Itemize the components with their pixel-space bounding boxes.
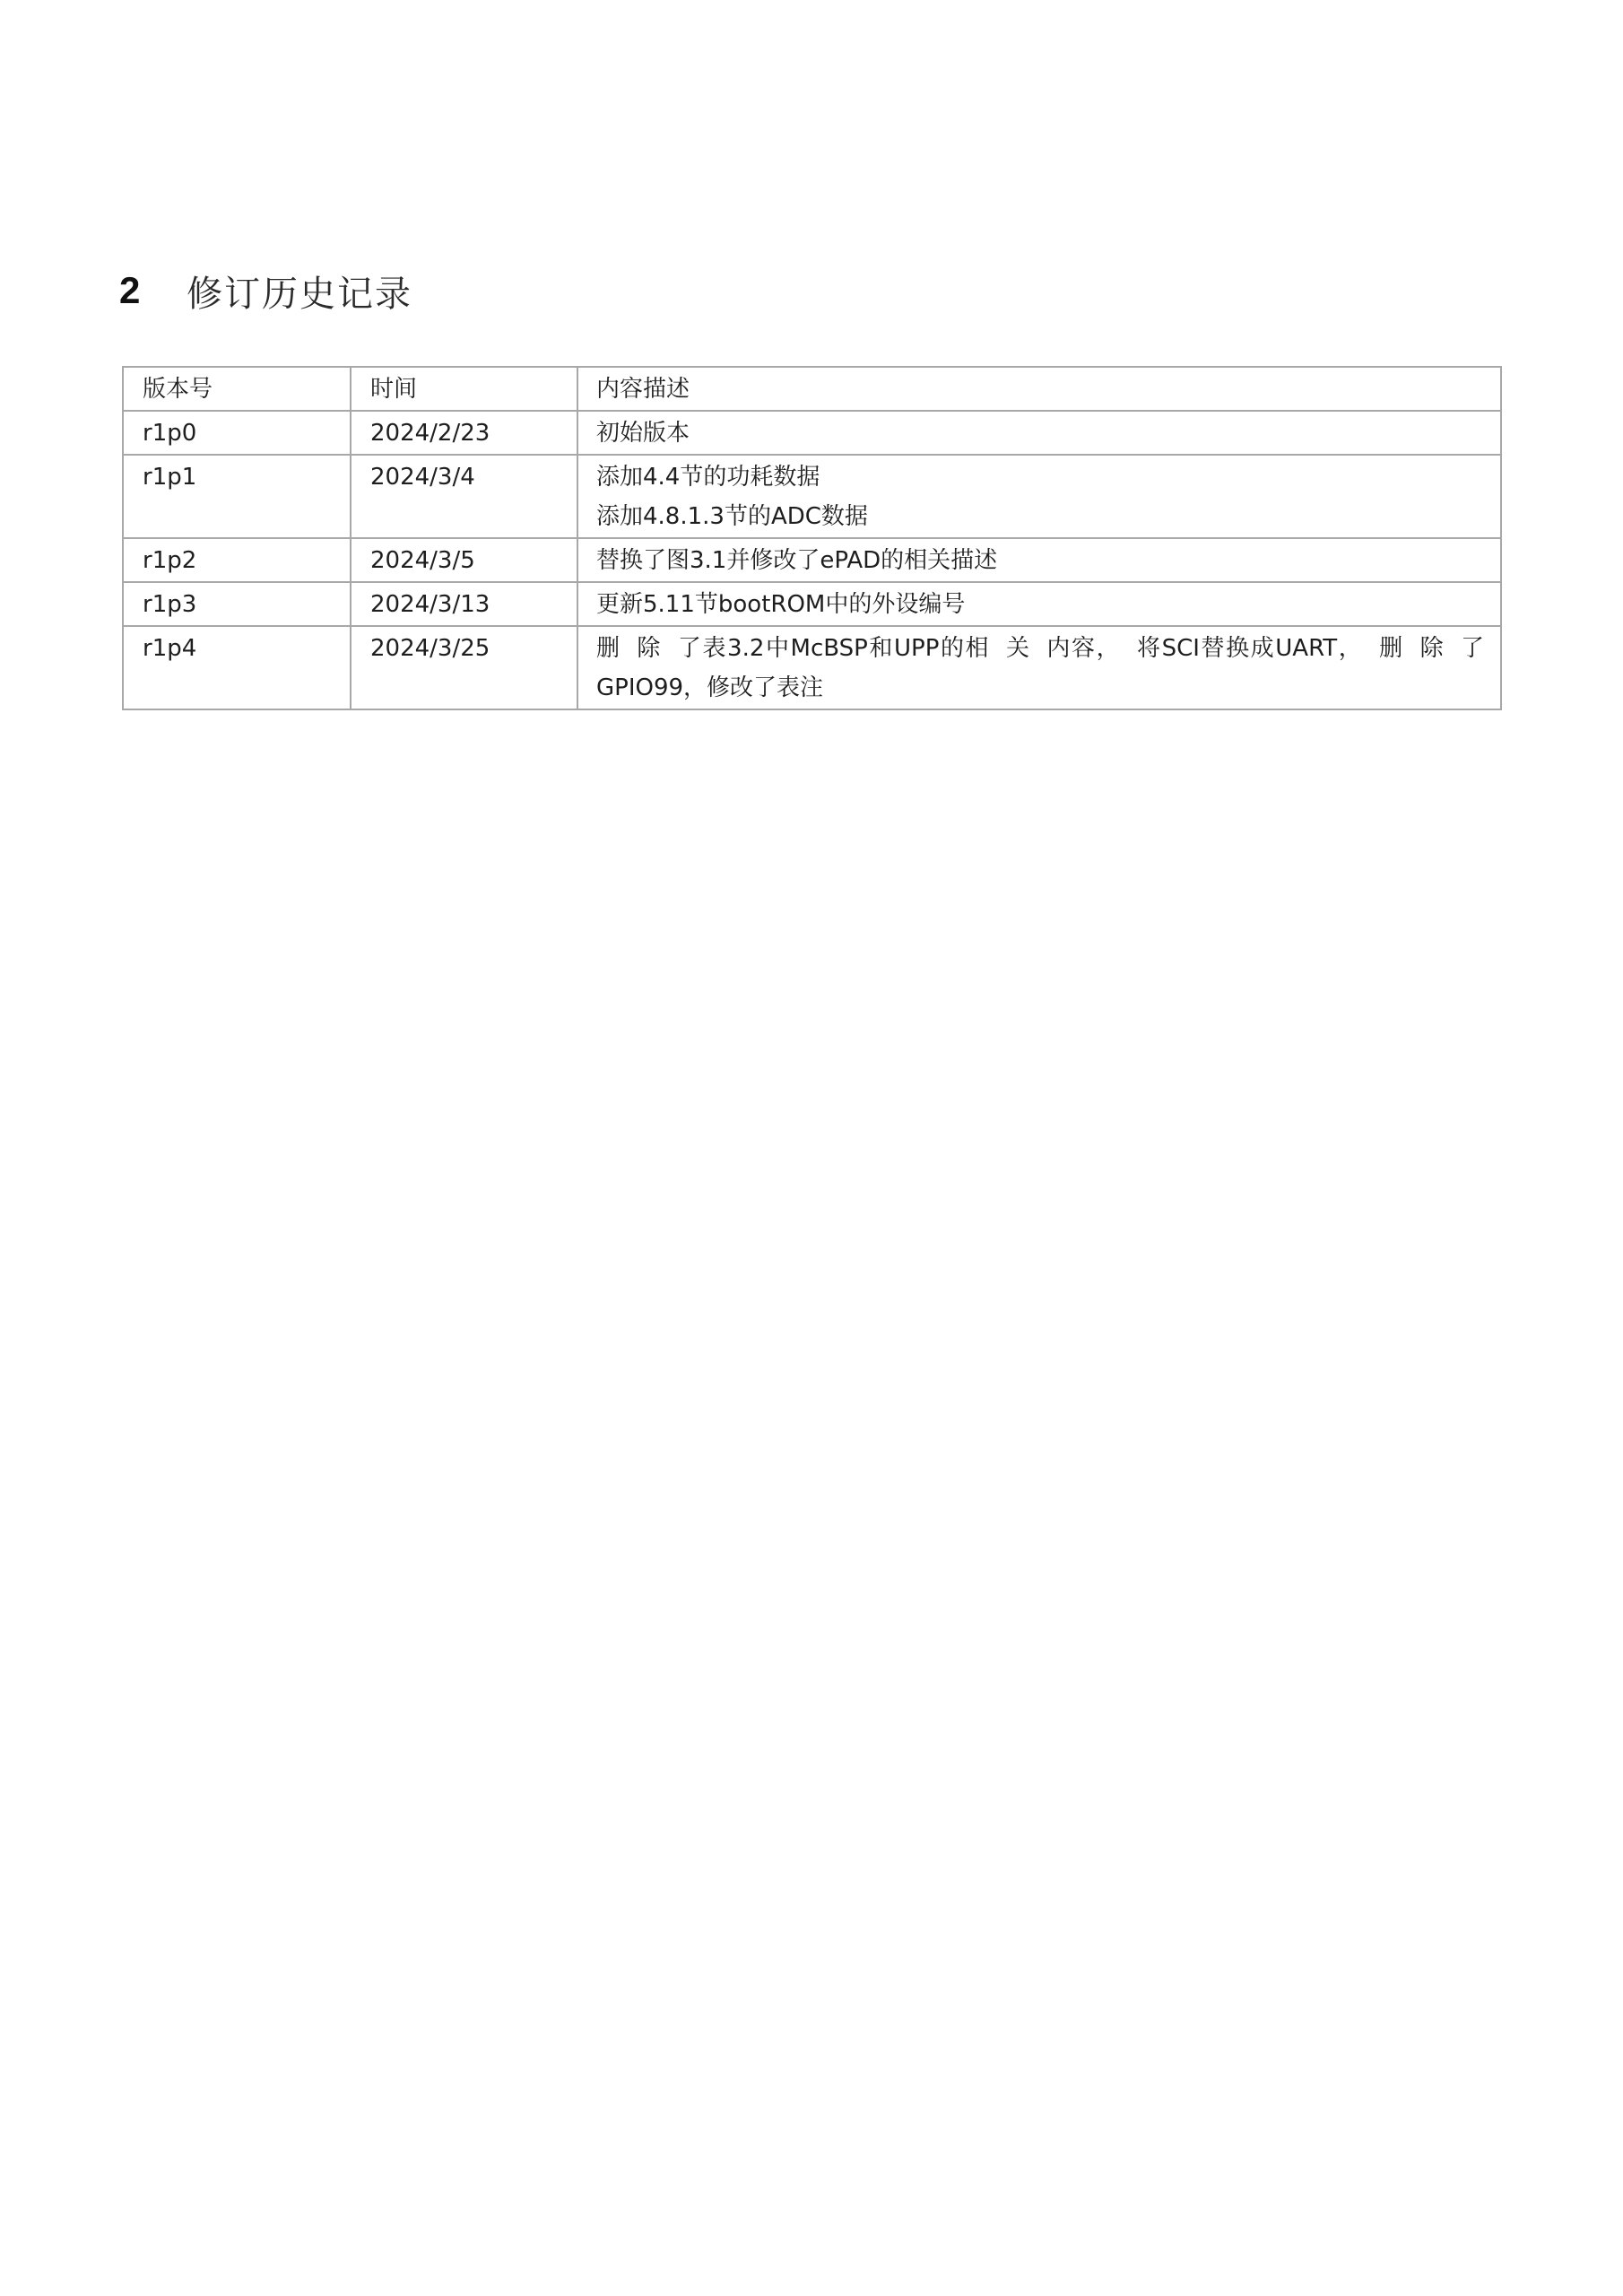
version-cell: r1p3	[123, 582, 351, 626]
date-cell: 2024/3/5	[351, 538, 577, 582]
version-cell: r1p4	[123, 626, 351, 709]
version-cell: r1p1	[123, 455, 351, 538]
description-line: 添加4.8.1.3节的ADC数据	[596, 497, 1484, 536]
version-cell: r1p2	[123, 538, 351, 582]
table-row: r1p3 2024/3/13 更新5.11节bootROM中的外设编号	[123, 582, 1501, 626]
description-line: 添加4.4节的功耗数据	[596, 457, 1484, 497]
description-cell: 添加4.4节的功耗数据 添加4.8.1.3节的ADC数据	[577, 455, 1501, 538]
table-row: r1p1 2024/3/4 添加4.4节的功耗数据 添加4.8.1.3节的ADC…	[123, 455, 1501, 538]
description-line: 替换了图3.1并修改了ePAD的相关描述	[596, 541, 1484, 580]
header-version: 版本号	[123, 367, 351, 411]
date-cell: 2024/2/23	[351, 411, 577, 455]
description-cell: 更新5.11节bootROM中的外设编号	[577, 582, 1501, 626]
section-heading: 2 修订历史记录	[119, 265, 412, 316]
description-cell: 删 除 了表3.2中McBSP和UPP的相 关 内容， 将SCI替换成UART，…	[577, 626, 1501, 709]
table-row: r1p2 2024/3/5 替换了图3.1并修改了ePAD的相关描述	[123, 538, 1501, 582]
description-cell: 替换了图3.1并修改了ePAD的相关描述	[577, 538, 1501, 582]
section-number: 2	[119, 269, 187, 312]
header-description: 内容描述	[577, 367, 1501, 411]
description-cell: 初始版本	[577, 411, 1501, 455]
description-line: 删 除 了表3.2中McBSP和UPP的相 关 内容， 将SCI替换成UART，…	[596, 629, 1484, 708]
description-line: 初始版本	[596, 413, 1484, 453]
version-cell: r1p0	[123, 411, 351, 455]
revision-history-table: 版本号 时间 内容描述 r1p0 2024/2/23 初始版本 r1p1 202…	[122, 366, 1502, 710]
date-cell: 2024/3/25	[351, 626, 577, 709]
table-row: r1p4 2024/3/25 删 除 了表3.2中McBSP和UPP的相 关 内…	[123, 626, 1501, 709]
table-header-row: 版本号 时间 内容描述	[123, 367, 1501, 411]
date-cell: 2024/3/4	[351, 455, 577, 538]
table-row: r1p0 2024/2/23 初始版本	[123, 411, 1501, 455]
section-title: 修订历史记录	[187, 265, 412, 317]
date-cell: 2024/3/13	[351, 582, 577, 626]
description-line: 更新5.11节bootROM中的外设编号	[596, 585, 1484, 624]
header-date: 时间	[351, 367, 577, 411]
